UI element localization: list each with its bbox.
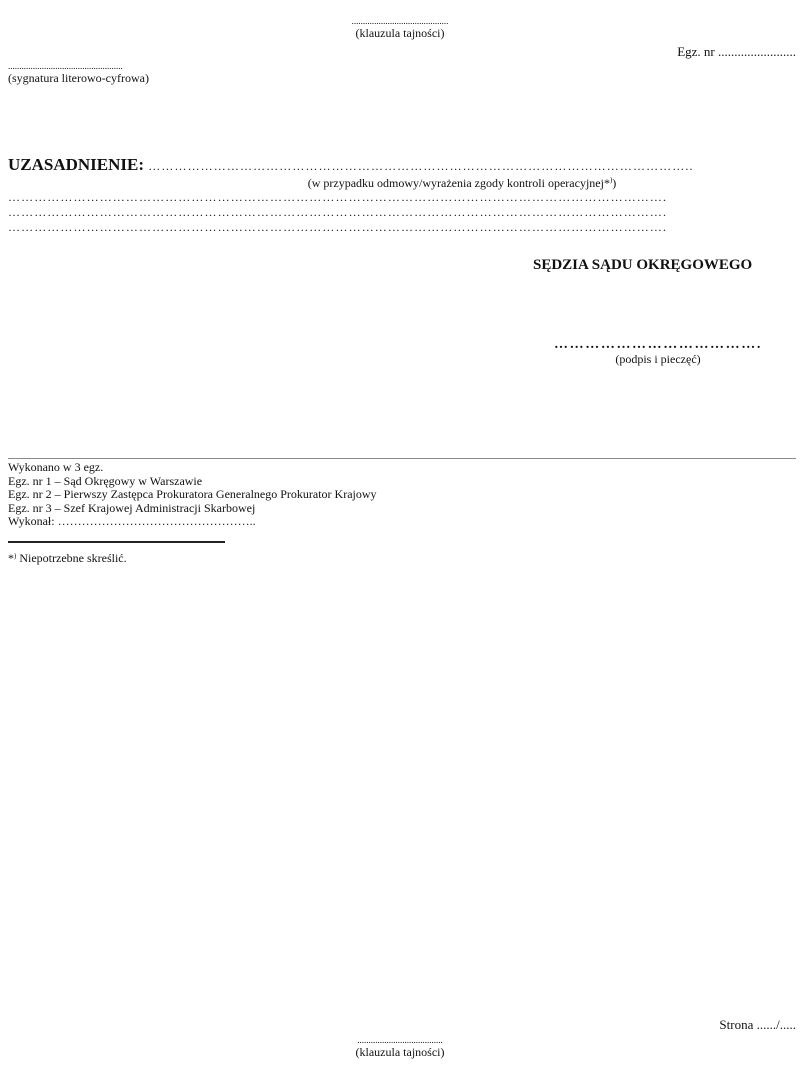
- footnote-divider: [8, 541, 225, 543]
- judge-signature-caption: (podpis i pieczęć): [536, 352, 780, 366]
- distribution-item: Egz. nr 3 – Szef Krajowej Administracji …: [8, 502, 377, 516]
- distribution-item: Egz. nr 2 – Pierwszy Zastępca Prokurator…: [8, 488, 377, 502]
- top-classification-clause: ........................................…: [0, 16, 800, 41]
- distribution-item: Wykonał: …………………………………………..: [8, 515, 377, 529]
- case-signature-dots: ........................................…: [8, 61, 149, 71]
- justification-line: ……………………………………………………………………………………………………………: [8, 205, 796, 220]
- distribution-item: Wykonano w 3 egz.: [8, 461, 377, 475]
- judge-signature-block: …………………………………. (podpis i pieczęć): [536, 336, 780, 366]
- classification-caption: (klauzula tajności): [356, 1045, 445, 1059]
- case-signature-caption: (sygnatura literowo-cyfrowa): [8, 71, 149, 85]
- copy-number-dots: ........................: [718, 44, 796, 59]
- judge-title: SĘDZIA SĄDU OKRĘGOWEGO: [533, 257, 752, 274]
- copy-number-field: Egz. nr ........................: [677, 44, 796, 60]
- justification-line: ……………………………………………………………………………………………………………: [8, 190, 796, 205]
- justification-label: UZASADNIENIE:: [8, 155, 144, 174]
- page-label: Strona: [719, 1017, 753, 1032]
- classification-dots: ........................................…: [0, 16, 800, 26]
- page-number: Strona ....../.....: [719, 1017, 796, 1033]
- justification-caption: (w przypadku odmowy/wyrażenia zgody kont…: [8, 174, 796, 190]
- section-divider: [8, 458, 796, 459]
- bottom-classification-clause: ...................................... (…: [0, 1035, 800, 1060]
- justification-line: ……………………………………………………………………………………………………………: [8, 220, 796, 235]
- footnote: *) Niepotrzebne skreślić.: [8, 551, 127, 566]
- classification-dots: ......................................: [0, 1035, 800, 1045]
- page-placeholder: ....../.....: [757, 1017, 796, 1032]
- distribution-item: Egz. nr 1 – Sąd Okręgowy w Warszawie: [8, 475, 377, 489]
- classification-caption: (klauzula tajności): [356, 26, 445, 40]
- copy-number-label: Egz. nr: [677, 44, 715, 59]
- justification-section: UZASADNIENIE: ………………………………………………………………………: [8, 155, 796, 235]
- justification-heading-row: UZASADNIENIE: ………………………………………………………………………: [8, 155, 796, 176]
- justification-heading-dots: ……………………………………………………………………………………………………………: [148, 159, 693, 173]
- distribution-list: Wykonano w 3 egz. Egz. nr 1 – Sąd Okręgo…: [8, 461, 377, 529]
- case-signature-field: ........................................…: [8, 61, 149, 86]
